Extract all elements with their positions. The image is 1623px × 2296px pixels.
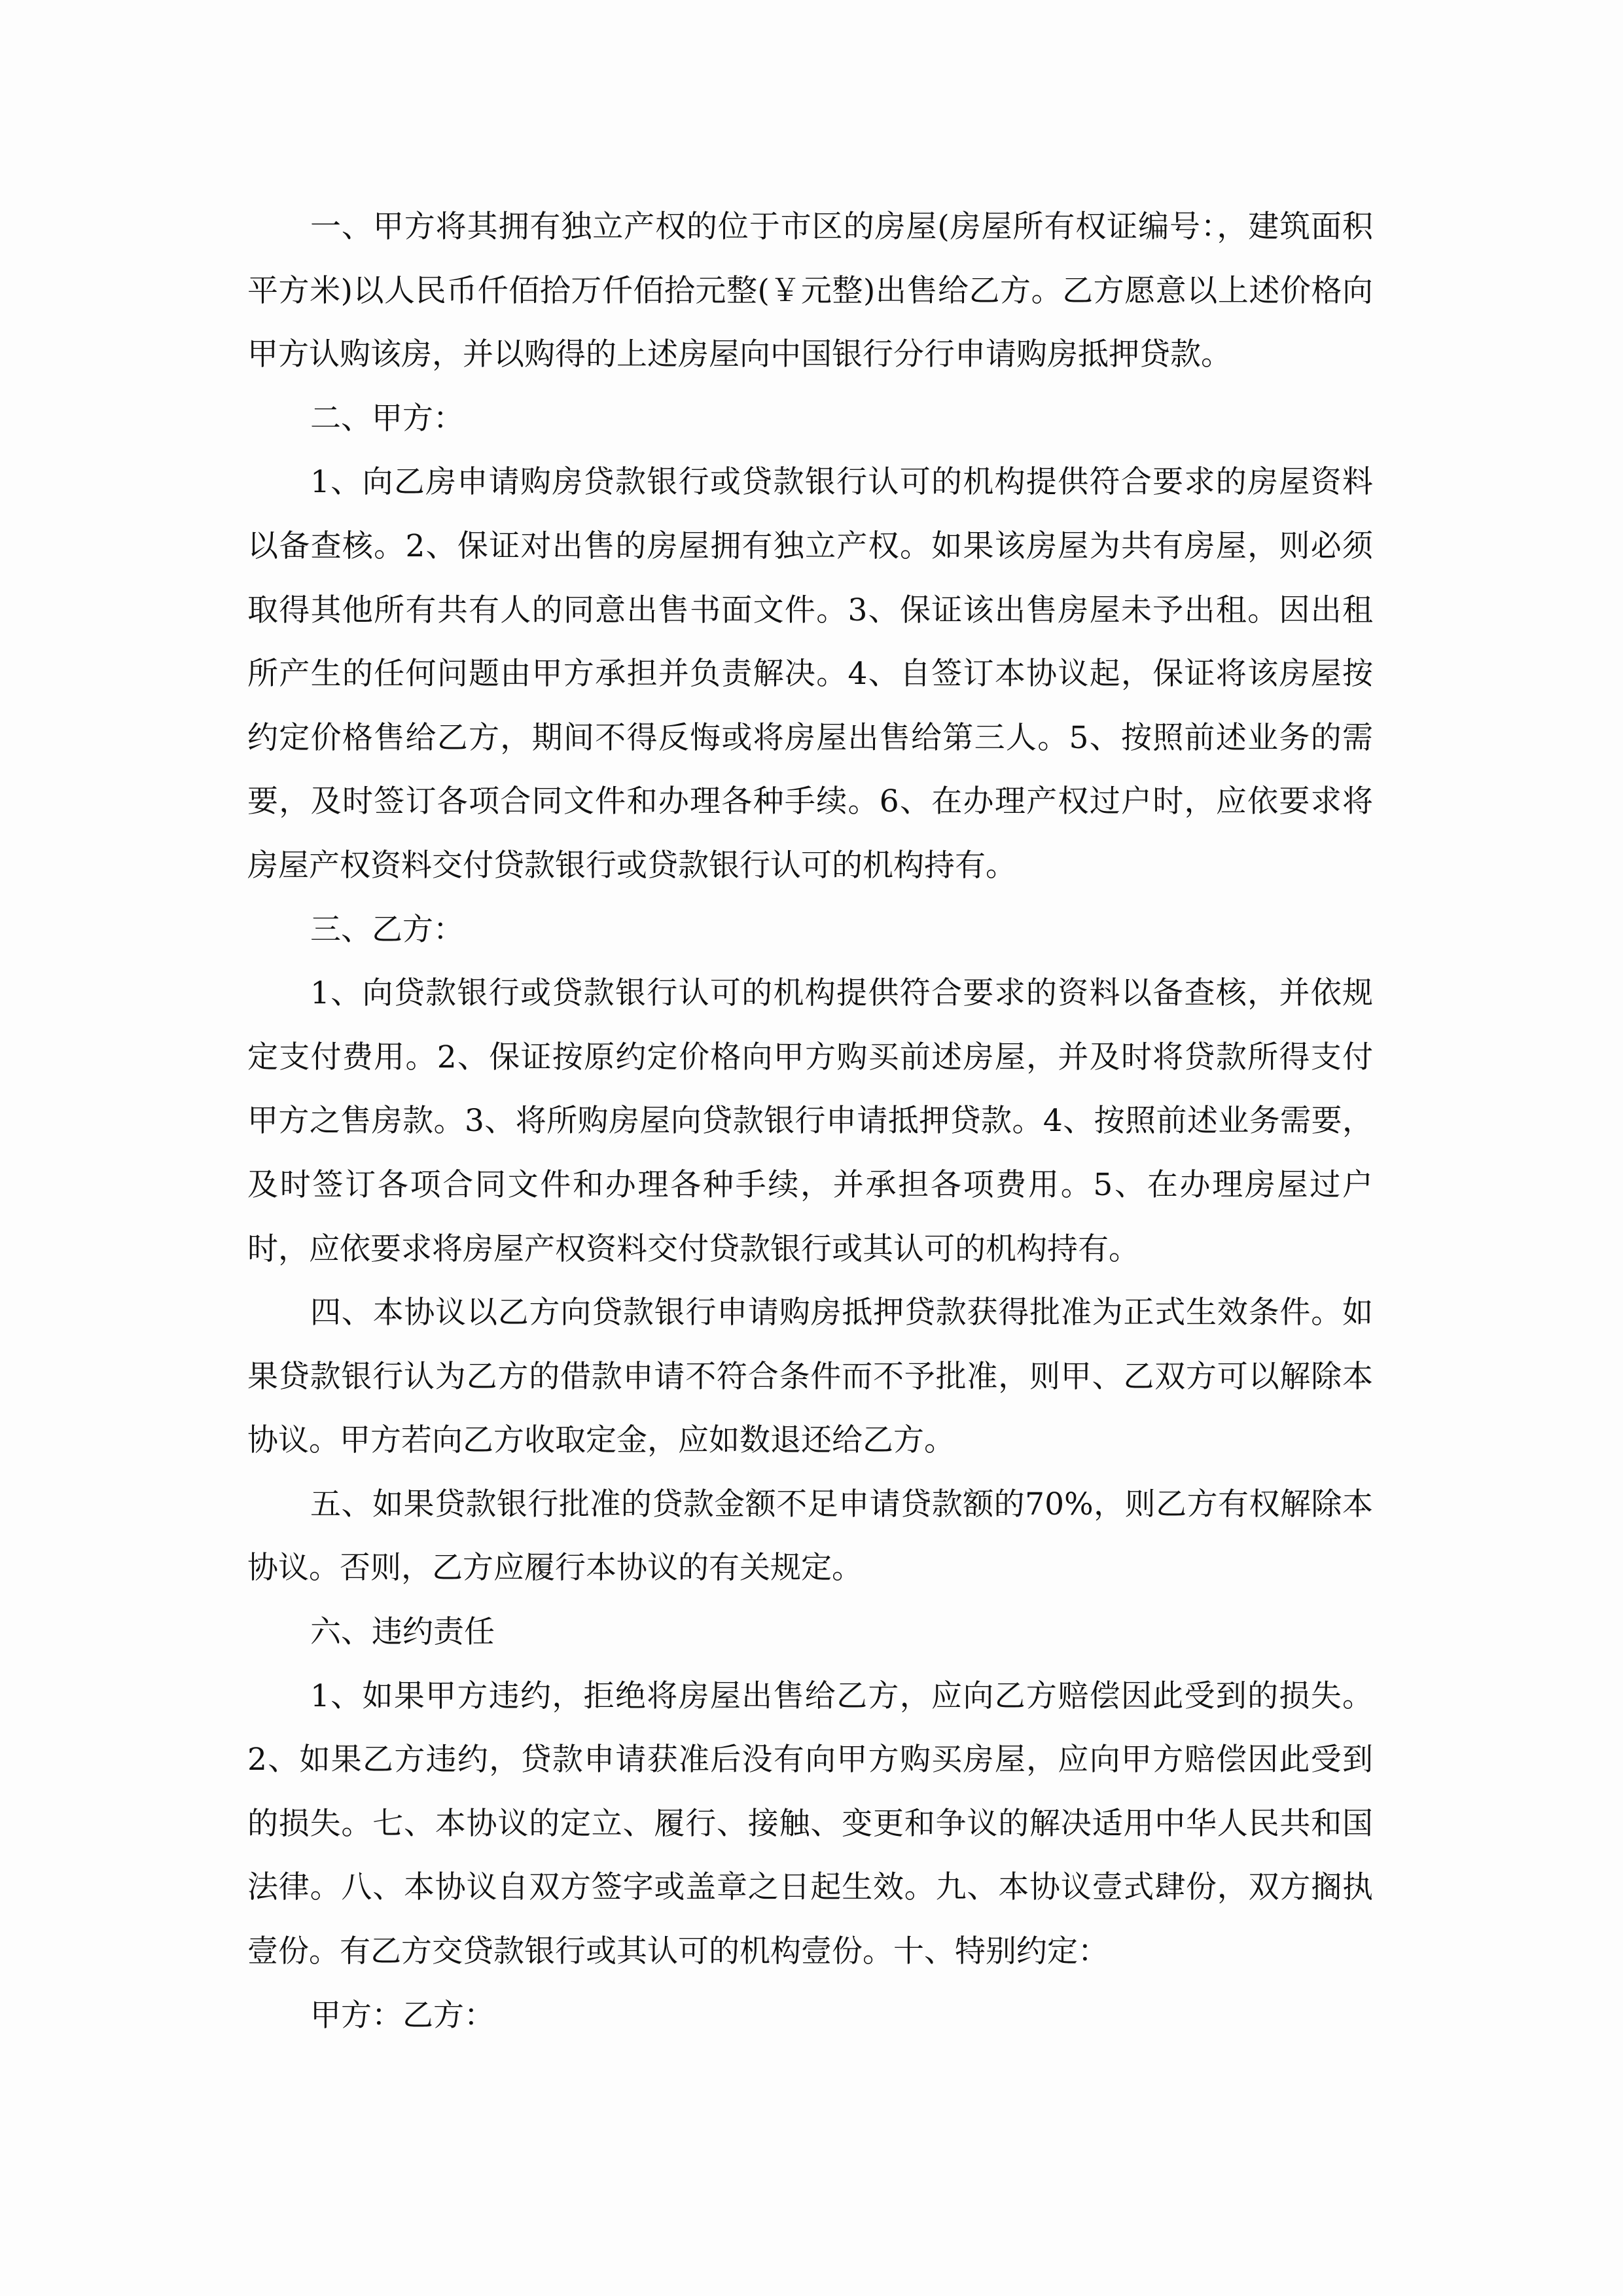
clause-3-party-b-obligations: 1、向贷款银行或贷款银行认可的机构提供符合要求的资料以备查核，并依规定支付费用。…: [247, 961, 1373, 1281]
clause-2-heading-party-a: 二、甲方：: [247, 387, 1373, 451]
clause-5-loan-amount: 五、如果贷款银行批准的贷款金额不足申请贷款额的70%，则乙方有权解除本协议。否则…: [247, 1473, 1373, 1600]
clause-6-liability-details: 1、如果甲方违约，拒绝将房屋出售给乙方，应向乙方赔偿因此受到的损失。2、如果乙方…: [247, 1664, 1373, 1984]
document-page: 一、甲方将其拥有独立产权的位于市区的房屋(房屋所有权证编号：，建筑面积平方米)以…: [247, 195, 1373, 2047]
clause-4-effective-condition: 四、本协议以乙方向贷款银行申请购房抵押贷款获得批准为正式生效条件。如果贷款银行认…: [247, 1281, 1373, 1473]
clause-2-party-a-obligations: 1、向乙房申请购房贷款银行或贷款银行认可的机构提供符合要求的房屋资料以备查核。2…: [247, 450, 1373, 897]
signature-line: 甲方：乙方：: [247, 1984, 1373, 2048]
clause-3-heading-party-b: 三、乙方：: [247, 898, 1373, 962]
clause-6-heading-liability: 六、违约责任: [247, 1600, 1373, 1664]
clause-1-sale: 一、甲方将其拥有独立产权的位于市区的房屋(房屋所有权证编号：，建筑面积平方米)以…: [247, 195, 1373, 387]
